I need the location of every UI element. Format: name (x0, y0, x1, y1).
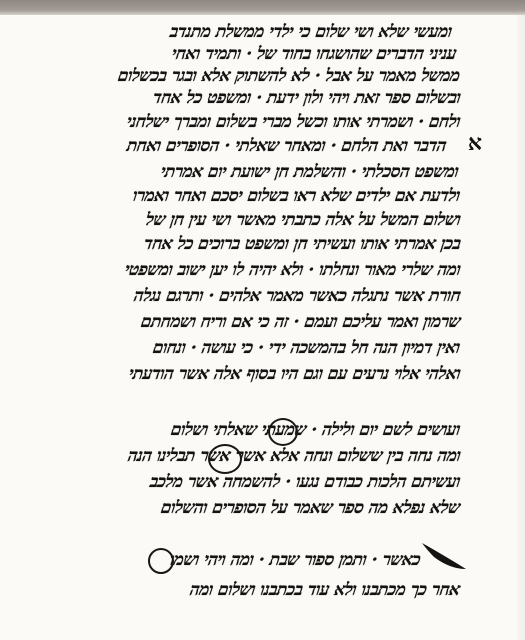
manuscript-line: בכן אמרתי אותו ועשיתי חן ומשפט ברוכים כל… (142, 234, 461, 254)
circled-annotation (208, 444, 242, 474)
marginal-letter: א (468, 130, 482, 156)
manuscript-line: חורת אשר נתגלה כאשר מאמר אלהים · ותרגם נ… (132, 286, 461, 306)
circled-annotation (148, 548, 174, 574)
manuscript-line: ואין דמיון הנה חל בהמשכה ידי · כי עושה ·… (152, 338, 461, 358)
scan-right-edge (517, 15, 525, 640)
scan-top-border (0, 0, 525, 15)
manuscript-line: ובשלום ספר זאת ויהי ולון ידעת · ומשפט כל… (151, 88, 461, 108)
flourish-stroke (420, 535, 470, 575)
manuscript-line: ומעשי שלא ושי שלום כי ילדי ממשלת מתנדב (169, 22, 453, 42)
manuscript-line: אחר כך מכתבנו ולא עוד בכתבנו ושלום ומה (189, 580, 461, 600)
manuscript-line: ועשיתם הלכות כבודם נגעו · להשמחה אשר מלכ… (149, 472, 462, 492)
manuscript-line: ולחם · ושמרתי אותו וכשל מברי בשלום ומברך… (126, 112, 462, 132)
manuscript-line: הדבר ואת הלחם · ומאחר שאלתי · הסופרים וא… (126, 136, 448, 156)
manuscript-line: ממשל מאמר על אבל · לא להשתוק אלא ובגר בכ… (117, 66, 461, 86)
circled-annotation (268, 418, 298, 446)
manuscript-line: ושלום המשל על אלה כתבתי מאשר ושי עין חן … (144, 210, 461, 230)
manuscript-line: עניני הדברים שהושגחו בחוד של · ותמיד ואח… (170, 44, 457, 64)
manuscript-line: ועושים לשם יום ולילה · שמעתי שאלתי ושלום (170, 420, 462, 440)
manuscript-line: ומה נחה בין ששלום ונחה אלא אשר אשר תבלינ… (126, 446, 461, 466)
manuscript-line: ולדעת אם ילדים שלא ראו בשלום יסכם ואחר ו… (132, 186, 461, 206)
manuscript-line: ומה שלרי מאור ונחלתו · ולא יהיה לו יען י… (123, 260, 461, 280)
manuscript-line: שלא נפלא מה ספר שאמר על הסופרים והשלום (160, 498, 461, 518)
manuscript-line: ואלהי אלוי נרעים עם וגם היו בסוף אלה אשר… (127, 364, 461, 384)
manuscript-line: שרמון ואמר עליכם ועמם · זה כי אם וריח וש… (139, 312, 461, 332)
manuscript-page: ומעשי שלא ושי שלום כי ילדי ממשלת מתנדב ע… (28, 20, 460, 620)
manuscript-line: ומשפט הסכלתי · והשלמת חן ישועת יום אמרתי (159, 162, 459, 182)
manuscript-line: כאשר · ותמן ספור שבת · ומה ויהי ושמו (168, 550, 421, 570)
